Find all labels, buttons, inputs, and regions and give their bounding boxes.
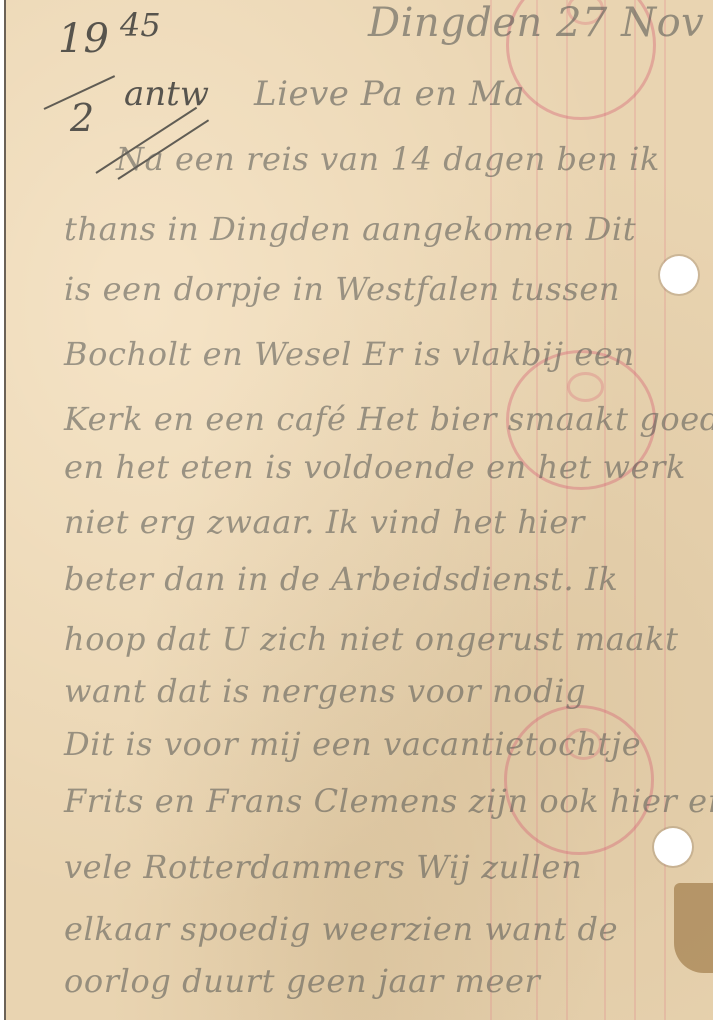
body-line: beter dan in de Arbeidsdienst. Ik (64, 560, 618, 598)
punch-hole-top (660, 256, 698, 294)
notation-date-year: 45 (120, 6, 161, 44)
body-line: en het eten is voldoende en het werk (64, 448, 686, 486)
notation-date-bottom: 2 (70, 96, 94, 140)
body-line: oorlog duurt geen jaar meer (64, 962, 540, 1000)
body-line: thans in Dingden aangekomen Dit (64, 210, 636, 248)
body-line: want dat is nergens voor nodig (64, 672, 586, 710)
body-line: Frits en Frans Clemens zijn ook hier en (64, 782, 713, 820)
body-line: elkaar spoedig weerzien want de (64, 910, 618, 948)
body-line: is een dorpje in Westfalen tussen (64, 270, 620, 308)
body-line: hoop dat U zich niet ongerust maakt (64, 620, 679, 658)
body-line: Bocholt en Wesel Er is vlakbij een (64, 335, 635, 373)
body-line: Kerk en een café Het bier smaakt goed (64, 400, 713, 438)
punch-hole-bottom (654, 828, 692, 866)
red-ruling-line (664, 0, 666, 1020)
body-line: Dit is voor mij een vacantietochtje (64, 725, 641, 763)
salutation: Lieve Pa en Ma (254, 74, 525, 114)
postcard: 19 45 2 antw Dingden 27 Nov Lieve Pa en … (4, 0, 713, 1020)
body-line: Na een reis van 14 dagen ben ik (116, 140, 660, 178)
brown-stain (674, 883, 713, 973)
place-date: Dingden 27 Nov (368, 0, 704, 46)
body-line: niet erg zwaar. Ik vind het hier (64, 503, 585, 541)
body-line: vele Rotterdammers Wij zullen (64, 848, 582, 886)
notation-date-top: 19 (58, 16, 109, 62)
